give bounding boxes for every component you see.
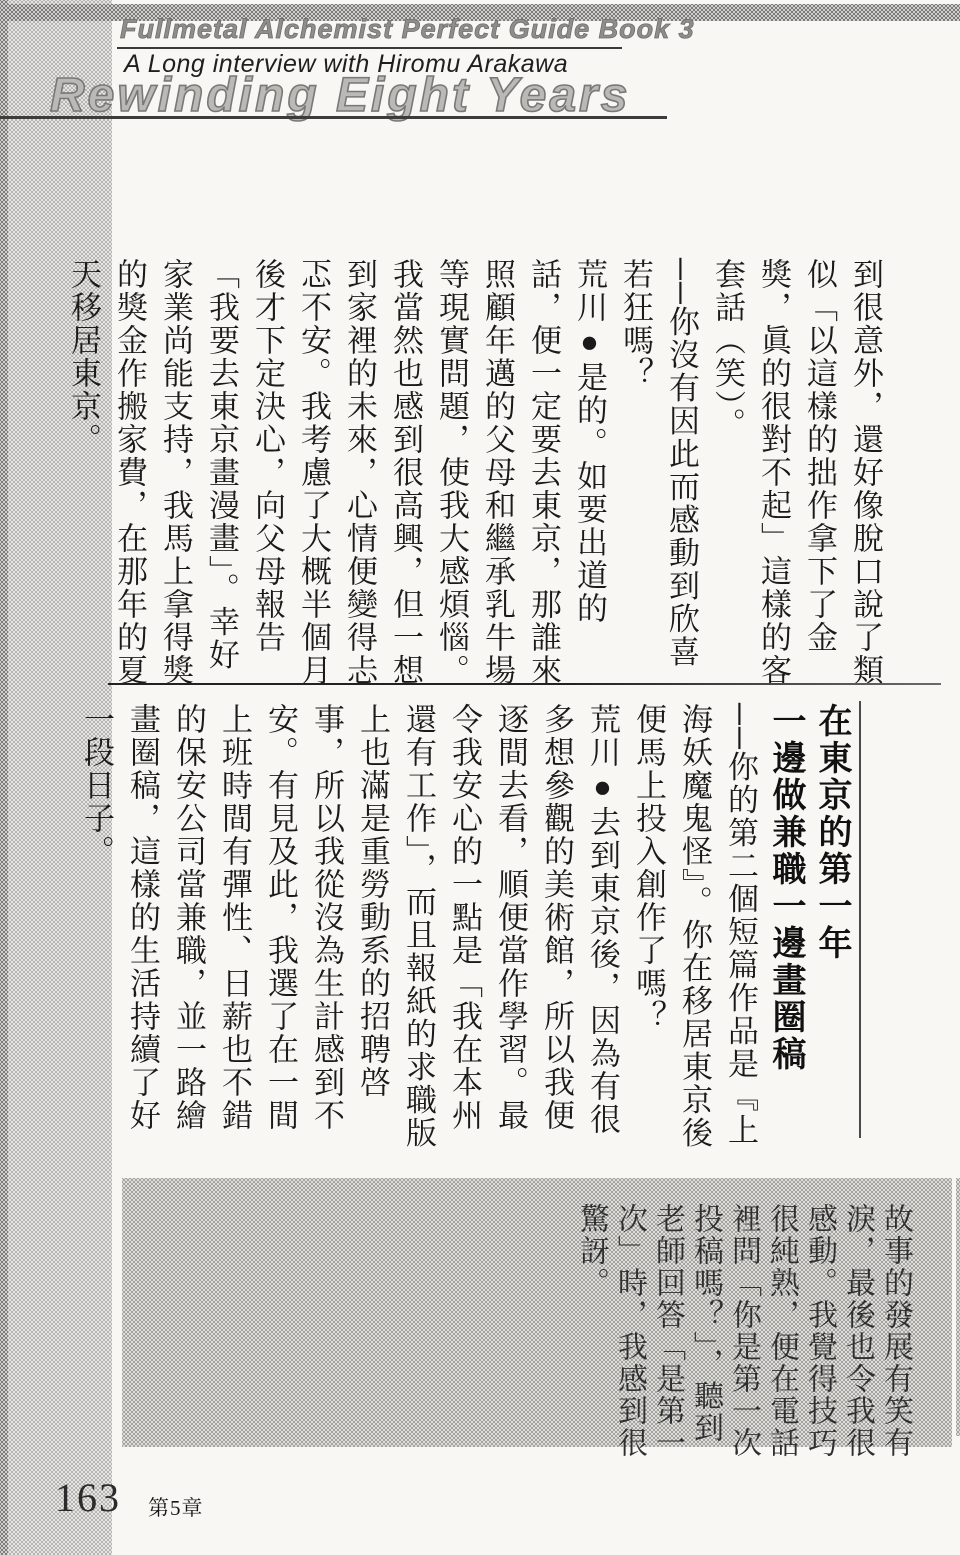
- note-paragraph: 故事的發展有笑有淚，最後也令我很感動。我覺得技巧很純熟，便在電話裡問「你是第一次…: [572, 1203, 914, 1461]
- bottom-panel-note: 故事的發展有笑有淚，最後也令我很感動。我覺得技巧很純熟，便在電話裡問「你是第一次…: [562, 1203, 914, 1461]
- bottom-right-edge-strip: [956, 1178, 960, 1436]
- interviewer-question: ──你沒有因此而感動到欣喜若狂嗎？: [612, 258, 704, 690]
- banner-underline: [0, 116, 667, 119]
- left-edge-dark-strip: [0, 0, 8, 1555]
- series-title-underline: [117, 47, 622, 49]
- section-heading-rule: [859, 701, 861, 1138]
- page-number: 163: [55, 1474, 121, 1521]
- interviewer-question: ──你的第二個短篇作品是『上海妖魔鬼怪』。你在移居東京後便馬上投入創作了嗎？: [625, 703, 763, 1155]
- scanned-book-page: Fullmetal Alchemist Perfect Guide Book 3…: [0, 0, 960, 1555]
- chapter-label: 第5章: [148, 1492, 204, 1522]
- interview-answer: 荒川●是的。如要出道的話，便一定要去東京，那誰來照顧年邁的父母和繼承乳牛場等現實…: [60, 258, 612, 690]
- interview-paragraph: 到很意外，還好像脫口說了類似「以這樣的拙作拿下了金獎，眞的很對不起」這樣的客套話…: [704, 258, 888, 690]
- section-divider-line: [108, 683, 941, 685]
- banner-title: Rewinding Eight Years: [50, 68, 630, 123]
- interview-part2: 在東京的第一年 一邊做兼職一邊畫圈稿 ──你的第二個短篇作品是『上海妖魔鬼怪』。…: [125, 703, 855, 1155]
- interview-part1: 到很意外，還好像脫口說了類似「以這樣的拙作拿下了金獎，眞的很對不起」這樣的客套話…: [148, 258, 888, 690]
- series-title: Fullmetal Alchemist Perfect Guide Book 3: [120, 14, 695, 45]
- interview-answer: 荒川●去到東京後，因為有很多想參觀的美術館，所以我便逐間去看，順便當作學習。最令…: [73, 703, 625, 1155]
- section-heading-line1: 在東京的第一年: [809, 703, 855, 1155]
- section-heading-line2: 一邊做兼職一邊畫圈稿: [763, 703, 809, 1155]
